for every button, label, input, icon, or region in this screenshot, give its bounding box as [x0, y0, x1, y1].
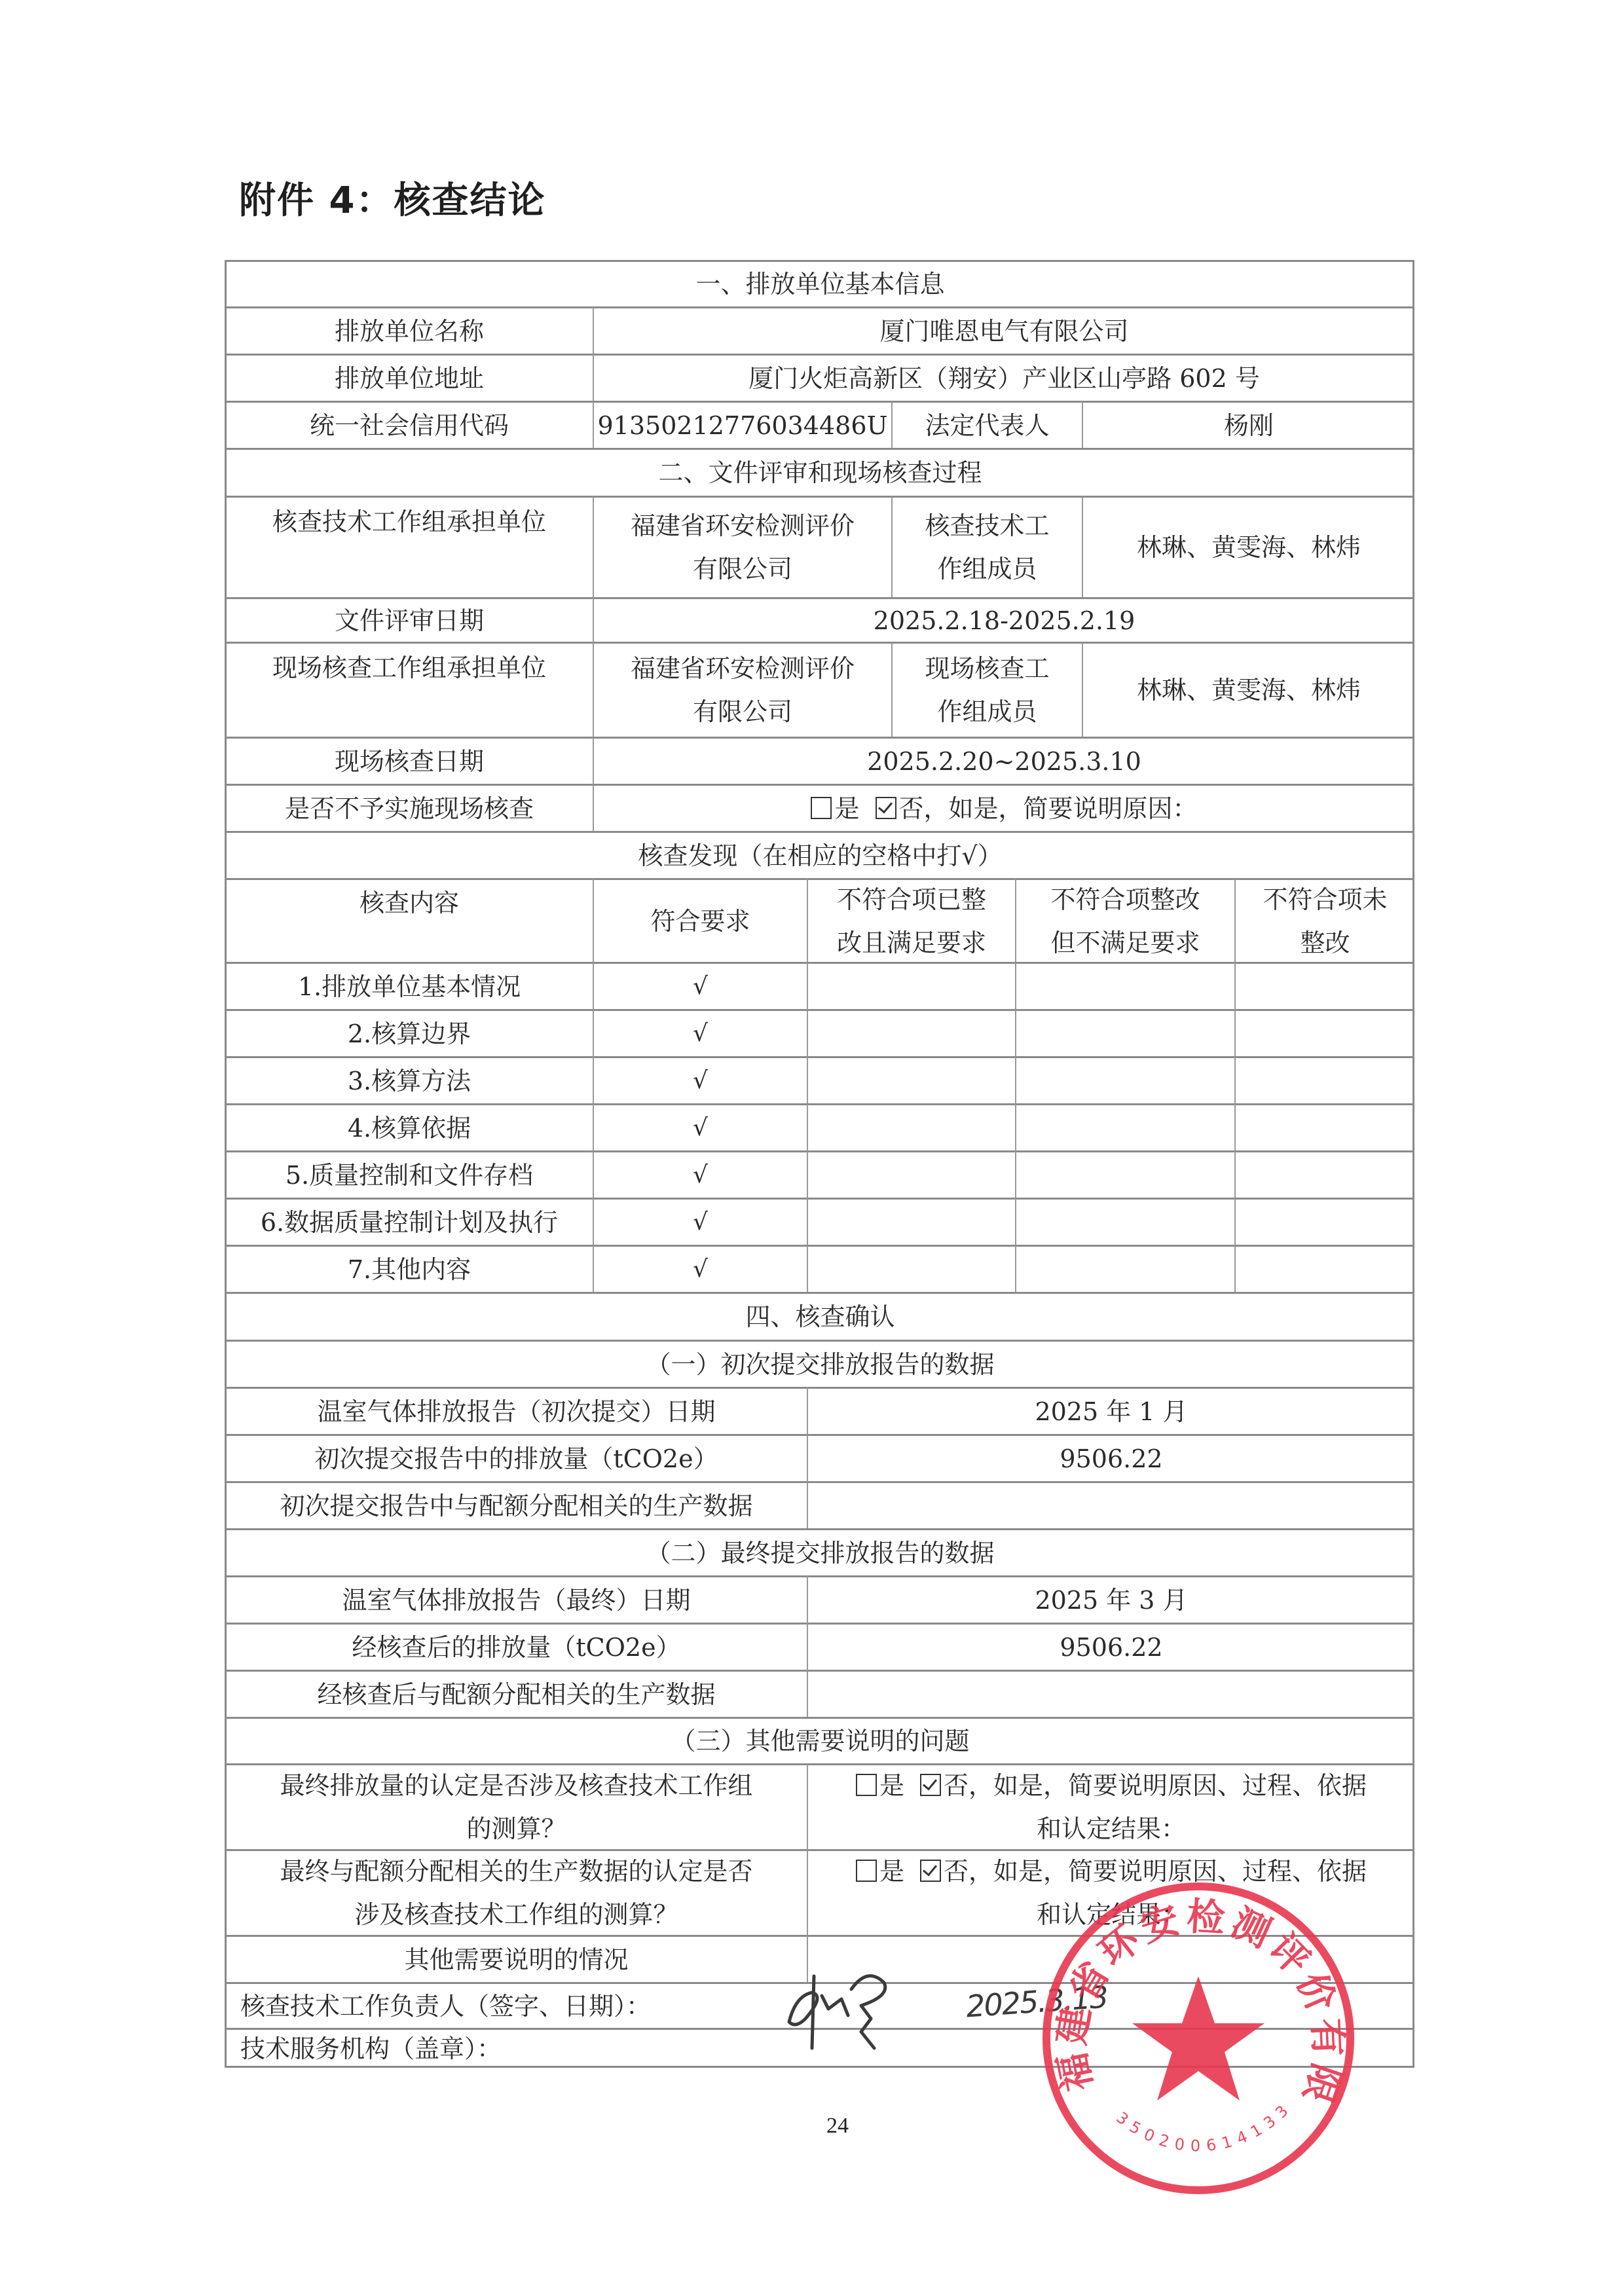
option-yes-label: 是 — [834, 794, 859, 823]
page-title: 附件 4：核查结论 — [239, 172, 545, 224]
initial-date-label: 温室气体排放报告（初次提交）日期 — [225, 1387, 807, 1434]
table-row-item: 1.排放单位基本情况 — [225, 962, 593, 1009]
q2-no-label: 否，如是，简要说明原因、过程、依据 — [944, 1857, 1367, 1886]
page-number: 24 — [826, 2114, 849, 2139]
q1-no-label-cont: 和认定结果： — [856, 1807, 1367, 1850]
empty-cell — [1234, 1245, 1414, 1292]
col-header-not-rectified: 不符合项未 整改 — [1234, 878, 1414, 962]
empty-cell — [807, 1150, 1015, 1198]
initial-production-value — [807, 1481, 1414, 1528]
initial-date-value: 2025 年 1 月 — [807, 1387, 1414, 1434]
col-header-rectified-not-ok: 不符合项整改 但不满足要求 — [1015, 878, 1234, 962]
q2-checkbox-no[interactable] — [920, 1860, 941, 1882]
checkbox-no[interactable] — [876, 797, 896, 819]
credit-code-value: 91350212776034486U — [593, 401, 891, 448]
tech-unit-label: 核查技术工作组承担单位 — [225, 496, 593, 597]
check-mark: √ — [593, 1245, 807, 1292]
final-date-value: 2025 年 3 月 — [807, 1575, 1414, 1623]
check-mark: √ — [593, 1056, 807, 1103]
empty-cell — [1015, 1056, 1234, 1103]
table-row-item: 4.核算依据 — [225, 1103, 593, 1150]
initial-production-label: 初次提交报告中与配额分配相关的生产数据 — [225, 1481, 807, 1528]
empty-cell — [807, 1056, 1015, 1103]
doc-review-date-label: 文件评审日期 — [225, 597, 593, 642]
site-members-value: 林琳、黄雯海、林炜 — [1082, 642, 1414, 737]
q1-yes-label: 是 — [879, 1771, 904, 1800]
empty-cell — [1015, 1009, 1234, 1056]
initial-report-header: （一）初次提交排放报告的数据 — [225, 1340, 1414, 1387]
unit-address-label: 排放单位地址 — [225, 354, 593, 401]
option-no-label: 否，如是，简要说明原因： — [899, 794, 1198, 823]
credit-code-label: 统一社会信用代码 — [225, 401, 593, 448]
verification-conclusion-table: 一、排放单位基本信息 排放单位名称 厦门唯恩电气有限公司 排放单位地址 厦门火炬… — [225, 260, 1414, 2068]
q1-no-label: 否，如是，简要说明原因、过程、依据 — [944, 1771, 1367, 1800]
empty-cell — [1015, 1103, 1234, 1150]
col-header-compliant: 符合要求 — [593, 878, 807, 962]
empty-cell — [1234, 1056, 1414, 1103]
other-issues-header: （三）其他需要说明的问题 — [225, 1717, 1414, 1763]
q2-yes-label: 是 — [879, 1857, 904, 1886]
check-mark: √ — [593, 1150, 807, 1198]
table-row-item: 5.质量控制和文件存档 — [225, 1150, 593, 1198]
table-row-item: 3.核算方法 — [225, 1056, 593, 1103]
empty-cell — [1234, 1198, 1414, 1245]
empty-cell — [1015, 1198, 1234, 1245]
other-situation-label: 其他需要说明的情况 — [225, 1935, 807, 1982]
unit-name-value: 厦门唯恩电气有限公司 — [593, 306, 1414, 354]
q2-no-label-cont: 和认定结果： — [856, 1893, 1367, 1936]
final-date-label: 温室气体排放报告（最终）日期 — [225, 1575, 807, 1623]
empty-cell — [1234, 1103, 1414, 1150]
tech-members-value: 林琳、黄雯海、林炜 — [1082, 496, 1414, 597]
site-members-label: 现场核查工 作组成员 — [891, 642, 1082, 737]
q2-checkbox-yes[interactable] — [856, 1860, 877, 1882]
site-date-label: 现场核查日期 — [225, 737, 593, 784]
q2-options: 是 否，如是，简要说明原因、过程、依据 和认定结果： — [807, 1849, 1414, 1935]
legal-rep-value: 杨刚 — [1082, 401, 1414, 448]
empty-cell — [807, 1009, 1015, 1056]
q1-options: 是 否，如是，简要说明原因、过程、依据 和认定结果： — [807, 1763, 1414, 1849]
empty-cell — [807, 1198, 1015, 1245]
check-mark: √ — [593, 1198, 807, 1245]
final-production-value — [807, 1670, 1414, 1717]
table-row-item: 2.核算边界 — [225, 1009, 593, 1056]
initial-emission-value: 9506.22 — [807, 1434, 1414, 1481]
check-mark: √ — [593, 962, 807, 1009]
empty-cell — [1234, 1009, 1414, 1056]
section1-header: 一、排放单位基本信息 — [225, 260, 1414, 306]
q2-label: 最终与配额分配相关的生产数据的认定是否 涉及核查技术工作组的测算？ — [225, 1849, 807, 1935]
final-emission-value: 9506.22 — [807, 1623, 1414, 1670]
empty-cell — [1234, 962, 1414, 1009]
doc-review-date-value: 2025.2.18-2025.2.19 — [593, 597, 1414, 642]
empty-cell — [1015, 1245, 1234, 1292]
final-emission-label: 经核查后的排放量（tCO2e） — [225, 1623, 807, 1670]
site-date-value: 2025.2.20~2025.3.10 — [593, 737, 1414, 784]
empty-cell — [1015, 1150, 1234, 1198]
tech-members-label: 核查技术工 作组成员 — [891, 496, 1082, 597]
empty-cell — [1234, 1150, 1414, 1198]
table-row-item: 6.数据质量控制计划及执行 — [225, 1198, 593, 1245]
section3-header: 核查发现（在相应的空格中打√） — [225, 831, 1414, 878]
empty-cell — [807, 1245, 1015, 1292]
final-production-label: 经核查后与配额分配相关的生产数据 — [225, 1670, 807, 1717]
site-unit-value: 福建省环安检测评价 有限公司 — [593, 642, 891, 737]
unit-name-label: 排放单位名称 — [225, 306, 593, 354]
q1-label: 最终排放量的认定是否涉及核查技术工作组 的测算？ — [225, 1763, 807, 1849]
check-mark: √ — [593, 1103, 807, 1150]
check-mark: √ — [593, 1009, 807, 1056]
table-row-item: 7.其他内容 — [225, 1245, 593, 1292]
checkbox-yes[interactable] — [811, 797, 832, 819]
no-site-check-label: 是否不予实施现场核查 — [225, 784, 593, 831]
site-unit-label: 现场核查工作组承担单位 — [225, 642, 593, 737]
unit-address-value: 厦门火炬高新区（翔安）产业区山亭路 602 号 — [593, 354, 1414, 401]
legal-rep-label: 法定代表人 — [891, 401, 1082, 448]
handwritten-signature — [776, 1970, 927, 2055]
no-site-check-options: 是 否，如是，简要说明原因： — [593, 784, 1414, 831]
initial-emission-label: 初次提交报告中的排放量（tCO2e） — [225, 1434, 807, 1481]
empty-cell — [807, 962, 1015, 1009]
col-header-content: 核查内容 — [225, 878, 593, 962]
section4-header: 四、核查确认 — [225, 1292, 1414, 1340]
final-report-header: （二）最终提交排放报告的数据 — [225, 1528, 1414, 1575]
q1-checkbox-yes[interactable] — [856, 1774, 877, 1796]
empty-cell — [1015, 962, 1234, 1009]
q1-checkbox-no[interactable] — [920, 1774, 941, 1796]
empty-cell — [807, 1103, 1015, 1150]
tech-unit-value: 福建省环安检测评价 有限公司 — [593, 496, 891, 597]
col-header-rectified-ok: 不符合项已整 改且满足要求 — [807, 878, 1015, 962]
section2-header: 二、文件评审和现场核查过程 — [225, 448, 1414, 496]
